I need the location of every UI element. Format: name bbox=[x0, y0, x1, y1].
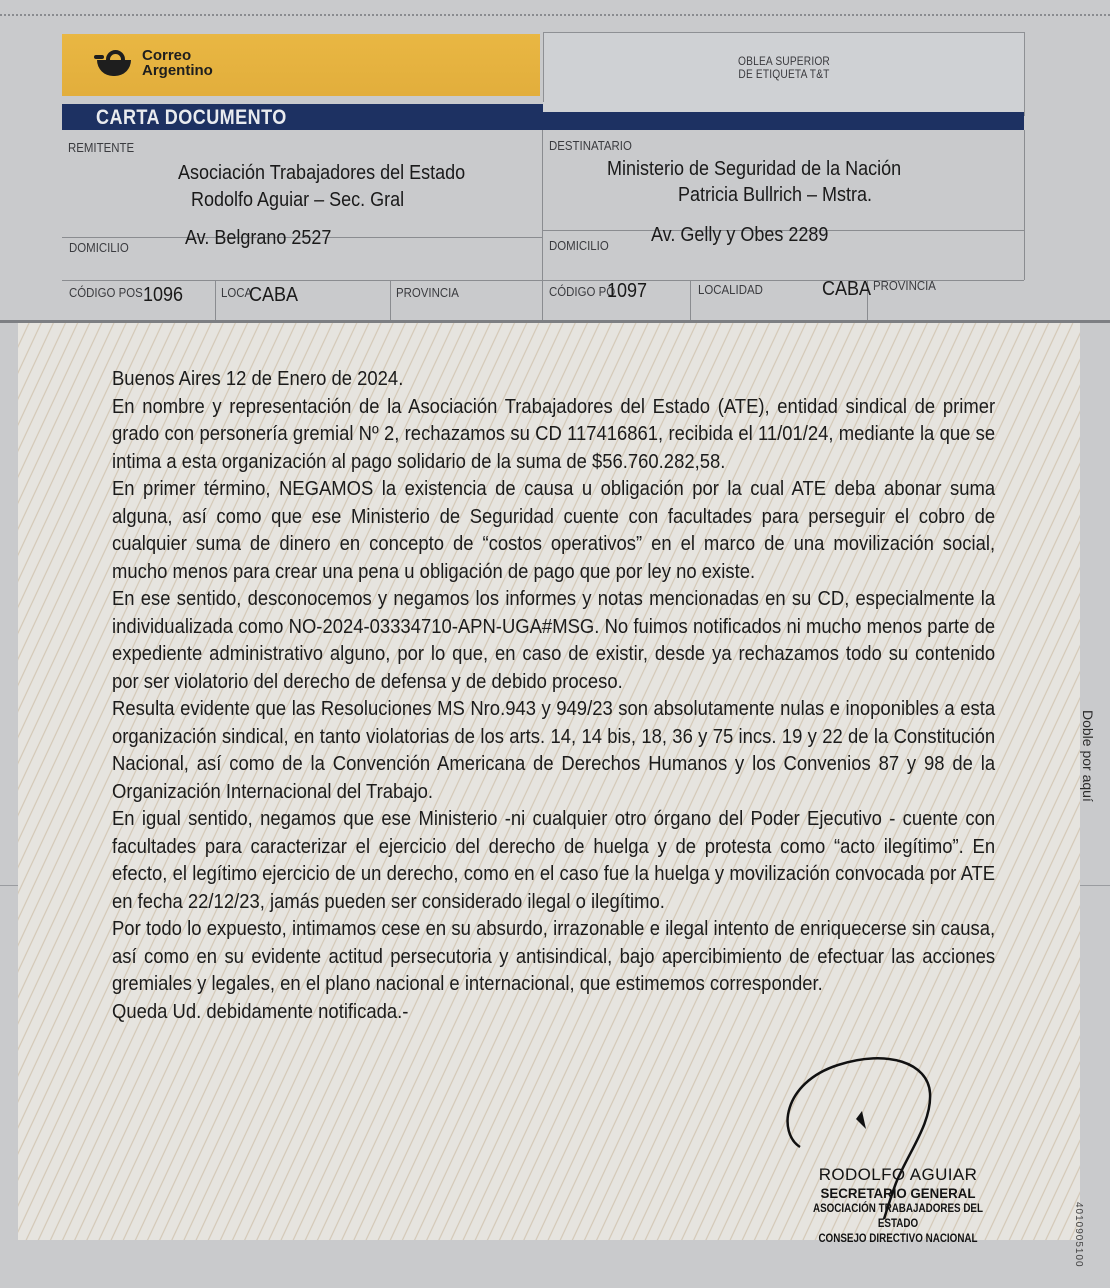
sender-name: Asociación Trabajadores del Estado bbox=[178, 162, 465, 185]
signature-block: RODOLFO AGUIAR SECRETARIO GENERAL ASOCIA… bbox=[778, 1043, 1048, 1223]
sender-locality-label: LOCA bbox=[221, 285, 252, 300]
address-form: REMITENTE Asociación Trabajadores del Es… bbox=[62, 130, 1024, 320]
letter-body: Buenos Aires 12 de Enero de 2024. En nom… bbox=[18, 323, 1080, 1240]
sender-label: REMITENTE bbox=[68, 140, 134, 155]
sender-representative: Rodolfo Aguiar – Sec. Gral bbox=[191, 189, 404, 212]
recipient-address-label: DOMICILIO bbox=[549, 238, 609, 253]
letter-text: Buenos Aires 12 de Enero de 2024. En nom… bbox=[112, 365, 996, 1025]
brand-logo: Correo Argentino bbox=[94, 48, 213, 78]
recipient-locality-label: LOCALIDAD bbox=[698, 282, 763, 297]
letter-closing: Queda Ud. debidamente notificada.- bbox=[112, 998, 995, 1026]
recipient-label: DESTINATARIO bbox=[549, 138, 632, 153]
sender-postal-code: 1096 bbox=[143, 284, 183, 307]
fold-here-note: Doble por aquí bbox=[1080, 710, 1096, 802]
tracking-label-caption: OBLEA SUPERIOR DE ETIQUETA T&T bbox=[580, 55, 988, 81]
document-type-title: CARTA DOCUMENTO bbox=[96, 106, 287, 130]
signer-name: RODOLFO AGUIAR bbox=[778, 1165, 1018, 1185]
letter-date: Buenos Aires 12 de Enero de 2024. bbox=[112, 365, 995, 393]
recipient-representative: Patricia Bullrich – Mstra. bbox=[678, 184, 872, 207]
letter-paragraph: En primer término, NEGAMOS la existencia… bbox=[112, 475, 995, 585]
recipient-postal-code: 1097 bbox=[607, 280, 647, 303]
recipient-province-label: PROVINCIA bbox=[873, 278, 936, 293]
brand-banner: Correo Argentino bbox=[62, 34, 540, 96]
recipient-name: Ministerio de Seguridad de la Nación bbox=[607, 158, 901, 181]
fold-mark bbox=[1080, 885, 1110, 886]
letter-paragraph: Resulta evidente que las Resoluciones MS… bbox=[112, 695, 995, 805]
signer-organization: ASOCIACIÓN TRABAJADORES DEL ESTADO bbox=[800, 1201, 997, 1231]
sender-locality: CABA bbox=[249, 284, 298, 307]
letter-paragraph: Por todo lo expuesto, intimamos cese en … bbox=[112, 915, 995, 998]
correo-argentino-logo-icon bbox=[94, 48, 134, 78]
document-type-banner: CARTA DOCUMENTO bbox=[62, 104, 1024, 130]
perforation-line bbox=[0, 14, 1110, 16]
sender-address: Av. Belgrano 2527 bbox=[185, 227, 331, 250]
signature-stamp: RODOLFO AGUIAR SECRETARIO GENERAL ASOCIA… bbox=[778, 1165, 1018, 1246]
recipient-address: Av. Gelly y Obes 2289 bbox=[651, 224, 828, 247]
letter-paragraph: En igual sentido, negamos que ese Minist… bbox=[112, 805, 995, 915]
recipient-postal-code-label: CÓDIGO PO bbox=[549, 284, 615, 299]
letter-paragraph: En nombre y representación de la Asociac… bbox=[112, 393, 995, 476]
signer-role: SECRETARIO GENERAL bbox=[784, 1185, 1012, 1201]
recipient-locality: CABA bbox=[822, 278, 871, 301]
signer-council: CONSEJO DIRECTIVO NACIONAL bbox=[800, 1231, 997, 1246]
fold-mark bbox=[0, 885, 18, 886]
serial-number: 4010905100 bbox=[1073, 1202, 1084, 1268]
sender-address-label: DOMICILIO bbox=[69, 240, 129, 255]
sender-postal-code-label: CÓDIGO POS bbox=[69, 285, 143, 300]
sender-province-label: PROVINCIA bbox=[396, 285, 459, 300]
brand-name: Correo Argentino bbox=[142, 48, 213, 78]
letter-paragraph: En ese sentido, desconocemos y negamos l… bbox=[112, 585, 995, 695]
